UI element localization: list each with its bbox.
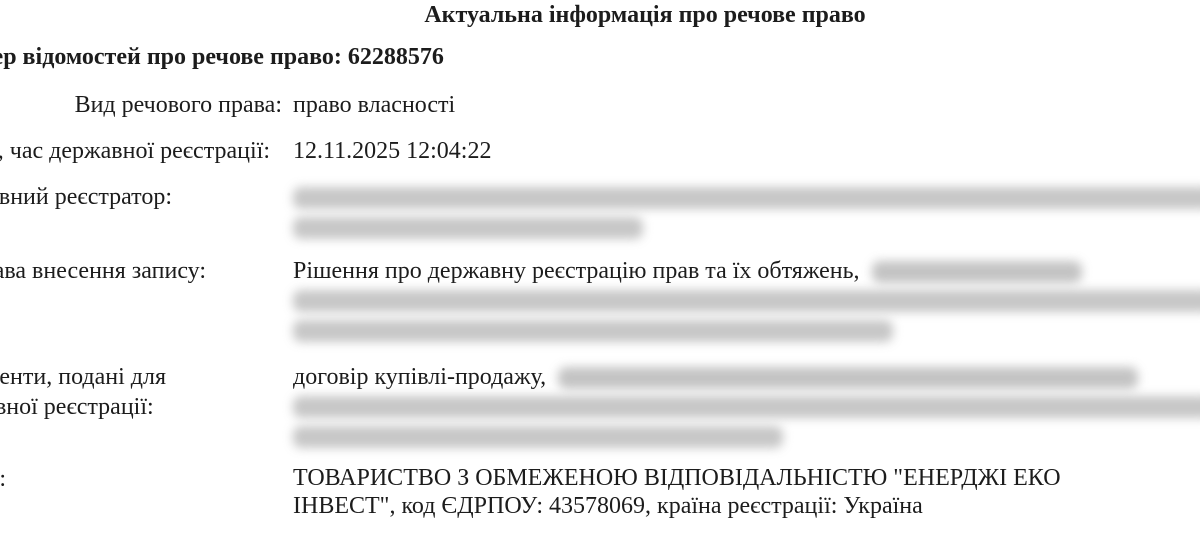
redacted-text xyxy=(293,290,1200,312)
field-owner: Власник: ТОВАРИСТВО З ОБМЕЖЕНОЮ ВІДПОВІД… xyxy=(0,464,1200,528)
field-label: Дата, час державної реєстрації: xyxy=(0,136,270,166)
record-id-value: 62288576 xyxy=(348,44,444,70)
field-label: Підстава внесення запису: xyxy=(0,256,206,286)
field-label-line1: Документи, подані для xyxy=(0,362,166,392)
field-label: Власник: xyxy=(0,464,6,494)
field-submitted-documents: Документи, подані для державної реєстрац… xyxy=(0,362,1200,448)
field-value-redacted xyxy=(293,182,1200,239)
property-right-document: Актуальна інформація про речове право Но… xyxy=(0,0,1200,550)
field-registration-date: Дата, час державної реєстрації: 12.11.20… xyxy=(0,136,1200,168)
field-value: договір купівлі-продажу, xyxy=(293,364,546,390)
record-id-label: Номер відомостей про речове право: xyxy=(0,44,342,70)
owner-name-line1: ТОВАРИСТВО З ОБМЕЖЕНОЮ ВІДПОВІДАЛЬНІСТЮ … xyxy=(293,464,1200,492)
redacted-text xyxy=(293,426,783,448)
redacted-text xyxy=(558,367,1138,389)
redacted-text xyxy=(872,261,1082,283)
field-label: Вид речового права: xyxy=(75,90,280,120)
field-label: Державний реєстратор: xyxy=(0,182,172,212)
field-value: право власності xyxy=(293,90,1200,120)
redacted-text xyxy=(293,217,643,239)
field-entry-basis: Підстава внесення запису: Рішення про де… xyxy=(0,256,1200,346)
field-right-type: Вид речового права: право власності xyxy=(0,90,1200,122)
redacted-text xyxy=(293,396,1200,418)
field-value: 12.11.2025 12:04:22 xyxy=(293,136,1200,166)
record-id-heading: Номер відомостей про речове право: 62288… xyxy=(0,42,444,72)
field-registrar: Державний реєстратор: xyxy=(0,182,1200,252)
field-value: Рішення про державну реєстрацію прав та … xyxy=(293,258,860,284)
redacted-text xyxy=(293,187,1200,209)
document-title: Актуальна інформація про речове право xyxy=(0,0,1200,30)
redacted-text xyxy=(293,320,893,342)
owner-name-line2: ІНВЕСТ", код ЄДРПОУ: 43578069, країна ре… xyxy=(293,492,1200,520)
field-label-line2: державної реєстрації: xyxy=(0,392,166,422)
